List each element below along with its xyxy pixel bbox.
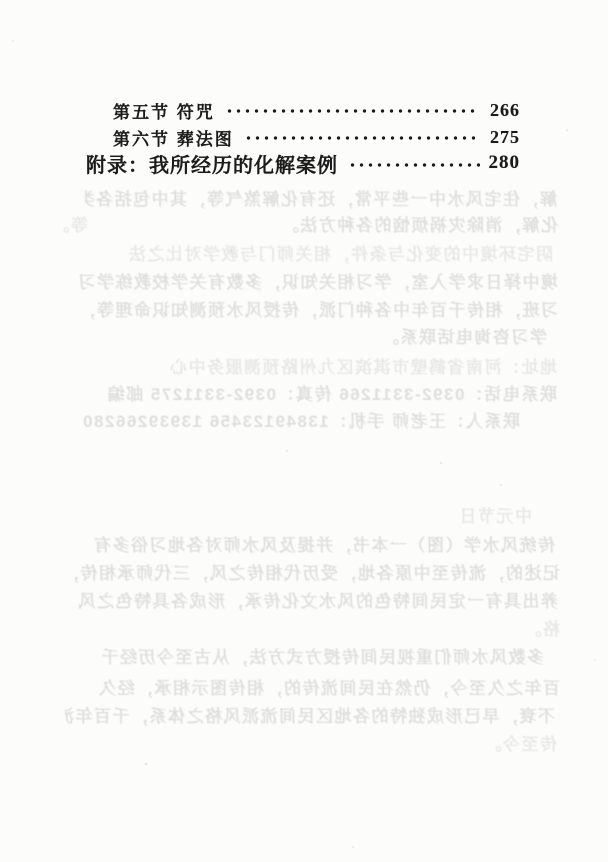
bleedthrough-line: 阴宅环境中的变化与条件，相关师门与教学对比之法 — [88, 243, 553, 266]
dot-leader — [223, 97, 475, 123]
toc-entry-label: 第五节 符咒 — [113, 98, 215, 123]
bleedthrough-line: 化解，消除灾祸烦恼的各种方法。 — [225, 214, 558, 237]
toc-entry-label: 第六节 葬法图 — [113, 125, 234, 150]
bleedthrough-line: 中元节日 — [437, 505, 532, 528]
bleedthrough-line: 联系电话：0392-3311266 传真：0392-3311275 邮编 — [85, 383, 557, 406]
bleedthrough-line: 百年之久至今，仍然在民间流传的，相传图示相承，经久 — [70, 677, 560, 700]
bleedthrough-line: 学习咨询电话联系。 — [350, 326, 547, 349]
dot-leader — [346, 148, 480, 178]
toc-page-number: 275 — [480, 127, 520, 148]
toc-entry-label: 附录：我所经历的化解案例 — [86, 149, 338, 178]
dot-leader — [242, 124, 475, 150]
bleedthrough-line: 养出具有一定民间特色的风水文化传承，形成各具特色之风 — [63, 590, 558, 613]
bleedthrough-line: 地址：河南省鹤壁市淇滨区九州路预测服务中心 — [137, 356, 557, 379]
bleedthrough-line: 解，住宅风水中一些平常，还有化解煞气等，其中包括各类 — [85, 188, 557, 211]
bleedthrough-line: 多数风水师们重视民间传授方式方法，从古至今历经千 — [78, 646, 544, 669]
bleedthrough-line: 格。 — [528, 618, 560, 641]
bleedthrough-line: 等。 — [60, 214, 88, 237]
scanned-book-page: 第五节 符咒 266 第六节 葬法图 275 附录：我所经历的化解案例 280 … — [0, 0, 608, 862]
bleedthrough-line: 传统风水学（图）一本书，并提及风水师对各地习俗多有 — [83, 534, 555, 557]
bleedthrough-line: 不衰，早已形成独特的各地区民间流派风格之体系，千百年流 — [65, 705, 555, 728]
scan-speckles — [0, 0, 2, 2]
bleedthrough-line: 习班，相传千百年中各种门派，传授风水预测知识命理等， — [70, 299, 558, 322]
bleedthrough-line: 境中择日求学入室，学习相关知识，多数有关学校教练学习 — [62, 271, 558, 294]
toc-entry-section-6: 第六节 葬法图 275 — [113, 124, 520, 150]
toc-page-number: 266 — [480, 100, 520, 121]
toc-entry-section-5: 第五节 符咒 266 — [113, 97, 520, 123]
bleedthrough-line: 记述的，流传至中原各地，受历代相传之风，三代师承相传，培 — [68, 562, 560, 585]
toc-page-number: 280 — [480, 152, 520, 174]
bleedthrough-line: 传至今。 — [493, 733, 557, 756]
toc-entry-appendix: 附录：我所经历的化解案例 280 — [86, 148, 520, 178]
bleedthrough-line: 联系人：王老师 手机：13849123456 13939266280 — [62, 410, 520, 433]
